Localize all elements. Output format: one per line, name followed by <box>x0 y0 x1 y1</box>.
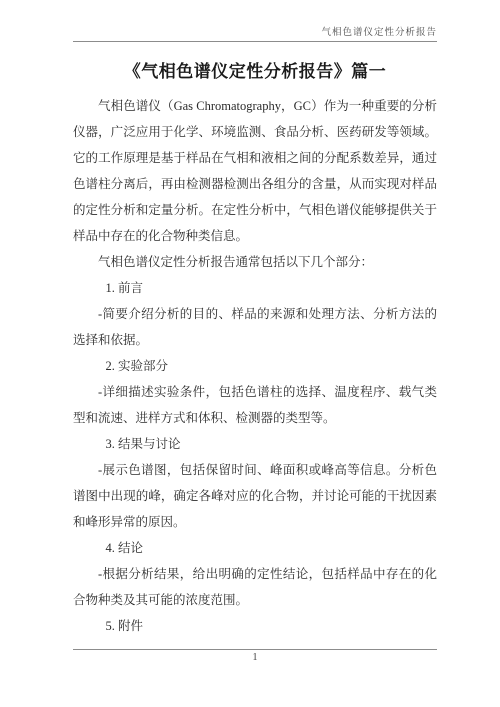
list-item-2-experiment: 2. 实验部分 <box>73 353 437 379</box>
document-page: 气相色谱仪定性分析报告 《气相色谱仪定性分析报告》篇一 气相色谱仪（Gas Ch… <box>0 0 500 707</box>
document-title: 《气相色谱仪定性分析报告》篇一 <box>73 57 437 82</box>
list-item-5-attachment: 5. 附件 <box>73 613 437 639</box>
header-title-text: 气相色谱仪定性分析报告 <box>321 28 437 38</box>
page-footer: 1 <box>73 649 437 663</box>
paragraph-sections-lead: 气相色谱仪定性分析报告通常包括以下几个部分： <box>73 249 437 275</box>
document-body: 气相色谱仪（Gas Chromatography，GC）作为一种重要的分析仪器，… <box>73 93 437 639</box>
page-header: 气相色谱仪定性分析报告 <box>73 24 437 42</box>
list-item-1-foreword: 1. 前言 <box>73 275 437 301</box>
paragraph-experiment-desc: -详细描述实验条件，包括色谱柱的选择、温度程序、载气类型和流速、进样方式和体积、… <box>73 379 437 431</box>
list-item-4-conclusion: 4. 结论 <box>73 535 437 561</box>
paragraph-intro: 气相色谱仪（Gas Chromatography，GC）作为一种重要的分析仪器，… <box>73 93 437 249</box>
paragraph-conclusion-desc: -根据分析结果，给出明确的定性结论，包括样品中存在的化合物种类及其可能的浓度范围… <box>73 561 437 613</box>
page-number: 1 <box>253 652 258 663</box>
list-item-3-results: 3. 结果与讨论 <box>73 431 437 457</box>
paragraph-results-desc: -展示色谱图，包括保留时间、峰面积或峰高等信息。分析色谱图中出现的峰，确定各峰对… <box>73 457 437 535</box>
paragraph-foreword-desc: -简要介绍分析的目的、样品的来源和处理方法、分析方法的选择和依据。 <box>73 301 437 353</box>
